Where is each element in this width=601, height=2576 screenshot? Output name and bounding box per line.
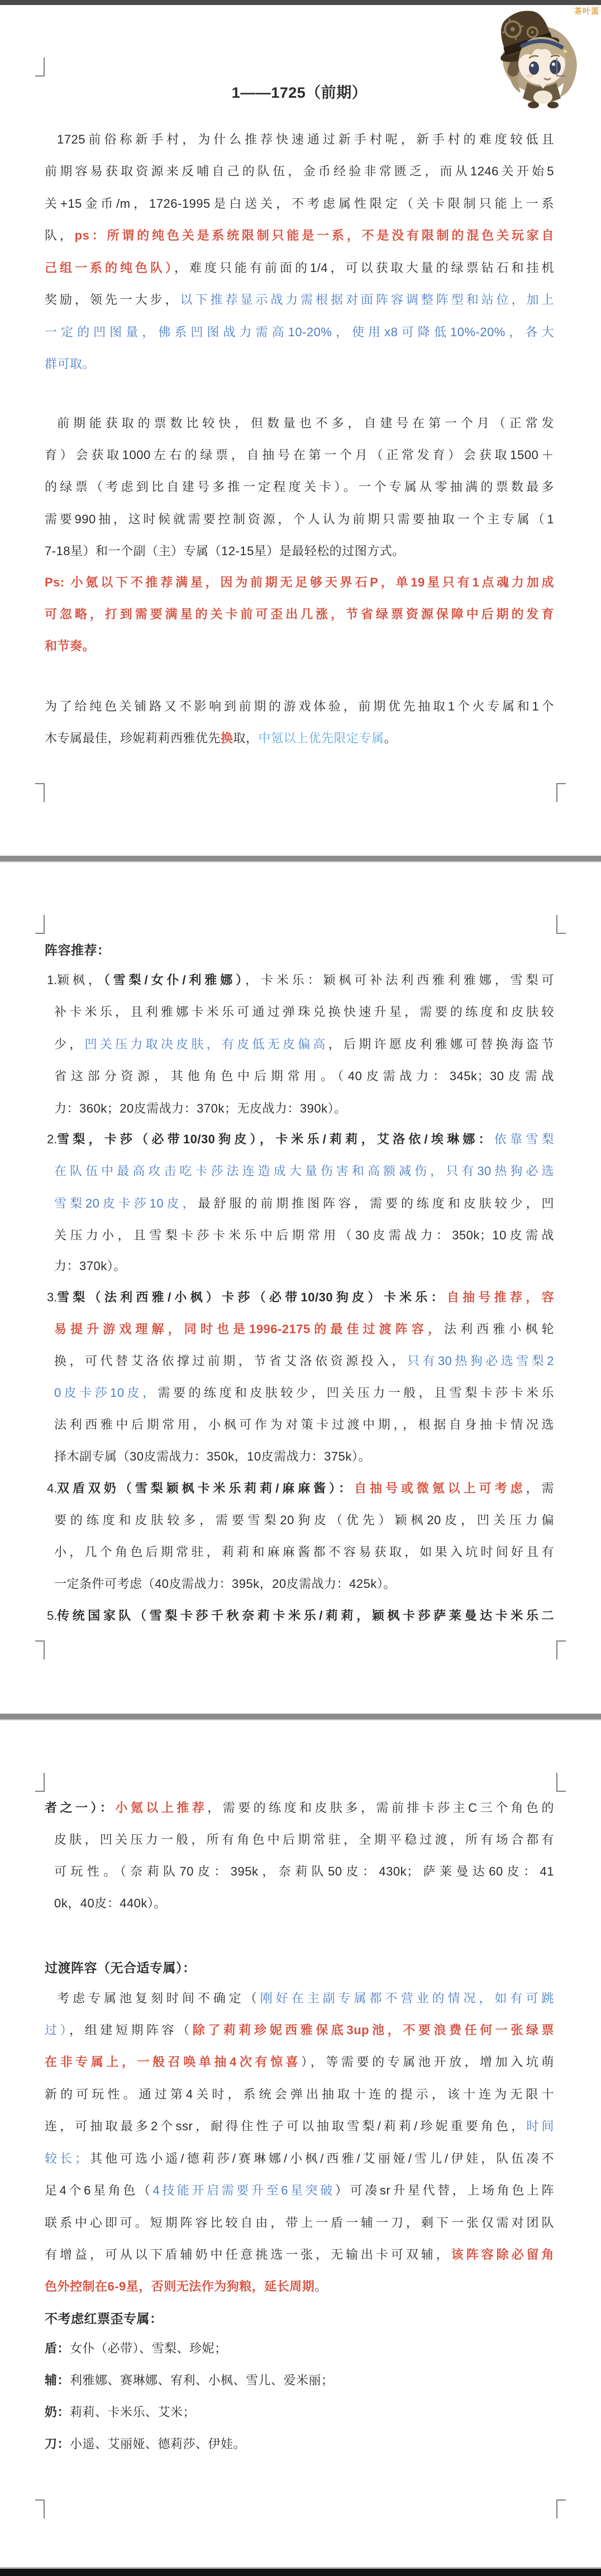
page-separator-bar [0, 0, 601, 5]
text-run: ，需 [526, 1481, 554, 1495]
text-run: 颖枫， [57, 973, 104, 987]
text-line: 传统国家队（雪梨卡莎千秋奈莉卡米乐/莉莉，颖枫卡莎萨莱曼达卡米乐二 [57, 1607, 554, 1624]
text-run: 女仆（必带）、雪梨、珍妮； [70, 2341, 227, 2355]
text-run: 刀： [45, 2437, 70, 2451]
page-corner-mark [44, 1640, 45, 1659]
text-line: 雪梨20皮卡莎10皮，最舒服的前期推图阵容，需要的练度和皮肤较少，凹 [54, 1195, 554, 1212]
text-run: 需要990抽，这时候就需要控制资源，个人认为前期只需要抽取一个主专属（1 [45, 512, 554, 526]
page-corner-mark [44, 58, 45, 77]
text-run: 力：360k；20皮需战力：370k；无皮战力：390k）。 [54, 1101, 347, 1115]
text-run: 足4个6星角色（ [45, 2183, 152, 2197]
list-number: 5. [47, 1607, 57, 1624]
text-run: 可忽略，打到需要满星的关卡前可歪出几涨，节省绿票资源保障中后期的发育 [45, 607, 554, 621]
list-number: 1. [47, 972, 57, 989]
page-corner-mark [35, 1791, 45, 1792]
text-run: 7-18星）和一个副（主）专属（12-15星）是最轻松的过图方式。 [45, 544, 405, 558]
page-corner-mark [556, 2499, 566, 2501]
text-run: ，后期许愿皮利雅娜可替换海盗节 [328, 1037, 554, 1051]
document-canvas: 茶叶蛋 1.2.3.4.5.1——1725（前期）1725前俗称新手村，为什么推… [0, 0, 601, 2576]
text-line: 为了给纯色关铺路又不影响到前期的游戏体验，前期优先抽取1个火专属和1个 [45, 698, 554, 715]
text-run: 辅： [45, 2373, 70, 2387]
text-run: 色外控制在6-9星，否则无法作为狗粮，延长周期 [45, 2279, 314, 2293]
text-run: 者之一）： [45, 1801, 115, 1815]
page-corner-mark [35, 75, 45, 77]
text-run: 不考虑红票歪专属： [45, 2311, 163, 2326]
page-corner-mark [44, 2499, 45, 2518]
text-run: ，组建短期阵容（ [69, 2023, 193, 2037]
text-run: 时间 [526, 2119, 554, 2133]
text-line: 盾：女仆（必带）、雪梨、珍妮； [45, 2340, 227, 2357]
text-line: 雪梨（法利西雅/小枫）卡莎（必带10/30狗皮）卡米乐：自抽号推荐，容 [57, 1289, 554, 1306]
text-run: ，难度只能有前面的1/4，可以获取大量的绿票钻石和挂机 [174, 261, 554, 275]
text-run: 雪梨（法利西雅/小枫）卡莎（必带10/30狗皮）卡米乐： [57, 1290, 447, 1304]
text-line: 连，可抽取最多2个ssr，耐得住性子可以抽取雪梨/莉莉/珍妮重要角色，时间 [45, 2118, 554, 2135]
text-line: 关压力小，且雪梨卡莎卡米乐中后期常用（30皮需战力：350k；10皮需战 [54, 1227, 554, 1244]
text-run: 最舒服的前期推图阵容，需要的练度和皮肤较少，凹 [198, 1196, 554, 1210]
text-run: 要的练度和皮肤较多，需要雪梨20狗皮（优先）颖枫20皮，凹关压力偏 [54, 1513, 554, 1527]
text-run: 需要的练度和皮肤较少，凹关压力一般，且雪梨卡莎卡米乐 [158, 1386, 554, 1400]
section-heading: 过渡阵容（无合适专属）： [45, 1958, 196, 1978]
text-run: 传统国家队（雪梨卡莎千秋奈莉卡米乐/莉莉，颖枫卡莎萨莱曼达卡米乐二 [57, 1609, 554, 1623]
text-run: 择木副专属（30皮需战力：350k，10皮需战力：375k）。 [54, 1449, 371, 1463]
text-line: 前期容易获取资源来反哺自己的队伍，金币经验非常匮乏，而从1246关开始5 [45, 163, 554, 180]
text-run: 刚好在主副专属都不营业的情况，如有可跳 [260, 1991, 554, 2005]
text-line: 关+15金币/m，1726-1995是白送关，不考虑属性限定（关卡限制只能上一系 [45, 195, 554, 212]
text-run: ps：所谓的纯色关是系统限制只能是一系，不是没有限制的混色关玩家自 [75, 228, 554, 242]
text-run: Ps: 小氪以下不推荐满星，因为前期无足够天界石P，单19星只有1点魂力加成 [45, 575, 554, 589]
text-run: 小遥、艾丽娅、德莉莎、伊娃。 [70, 2437, 246, 2451]
page-corner-mark [556, 1640, 566, 1642]
page-corner-mark [556, 783, 566, 784]
text-line: 者之一）：小氪以上推荐，需要的练度和皮肤多，需前排卡莎主C三个角色的 [45, 1800, 554, 1816]
text-run: 只有30热狗必选雪梨2 [407, 1354, 554, 1368]
text-run: 可玩性。（奈莉队70皮：395k，奈莉队50皮：430k；萨莱曼达60皮：41 [54, 1864, 554, 1878]
page-corner-mark [556, 915, 557, 934]
text-run: 较长； [45, 2152, 88, 2165]
text-line: 雪梨，卡莎（必带10/30狗皮），卡米乐/莉莉，艾洛依/埃琳娜：依靠雪梨 [57, 1131, 554, 1148]
text-run: 和节奏。 [45, 639, 95, 653]
text-run: 一定条件可考虑（40皮需战力：395k，20皮需战力：425k）。 [54, 1577, 396, 1591]
text-line: 色外控制在6-9星，否则无法作为狗粮，延长周期。 [45, 2278, 327, 2295]
text-run: 雪梨20皮卡莎10皮， [54, 1196, 198, 1210]
list-number: 2. [47, 1131, 57, 1148]
text-line: 小，几个角色后期常驻，莉莉和麻麻酱都不容易获取，如果入坑时间好且有 [54, 1544, 554, 1561]
text-line: 易提升游戏理解，同时也是1996-2175的最佳过渡阵容，法利西雅小枫轮 [54, 1321, 554, 1338]
text-run: 。 [384, 731, 397, 745]
page-corner-mark [556, 1791, 566, 1792]
text-line: 择木副专属（30皮需战力：350k，10皮需战力：375k）。 [54, 1448, 371, 1465]
text-run: 易提升游戏理解，同时也是1996-2175的最佳过渡阵容， [54, 1322, 444, 1336]
text-run: 法利西雅中后期常用，小枫可作为对策卡过渡中期，，根据自身抽卡情况选 [54, 1418, 554, 1432]
text-line: Ps: 小氪以下不推荐满星，因为前期无足够天界石P，单19星只有1点魂力加成 [45, 574, 554, 591]
text-run: 。 [314, 2279, 327, 2293]
text-run: 依靠雪梨 [494, 1132, 554, 1146]
page-corner-mark [44, 1773, 45, 1792]
text-line: 要的练度和皮肤较多，需要雪梨20狗皮（优先）颖枫20皮，凹关压力偏 [54, 1512, 554, 1529]
text-line: 辅：利雅娜、赛琳娜、宥利、小枫、雪儿、爱米丽； [45, 2372, 334, 2389]
text-line: 奶：莉莉、卡米乐、艾米； [45, 2404, 195, 2421]
text-run: 皮肤，凹关压力一般，所有角色中后期常驻，全期平稳过渡，所有场合都有 [54, 1833, 554, 1847]
text-line: 和节奏。 [45, 638, 95, 655]
text-line: 法利西雅中后期常用，小枫可作为对策卡过渡中期，，根据自身抽卡情况选 [54, 1416, 554, 1433]
document-title: 1——1725（前期） [45, 82, 554, 104]
text-run: 自抽号推荐，容 [447, 1290, 554, 1304]
page-separator-bar [0, 1719, 601, 1720]
text-run: 连，可抽取最多2个ssr，耐得住性子可以抽取雪梨/莉莉/珍妮重要角色， [45, 2119, 526, 2133]
text-run: 过渡阵容（无合适专属）： [45, 1960, 196, 1975]
text-run: 省这部分资源，其他角色中后期常用。（40皮需战力：345k；30皮需战 [54, 1069, 554, 1083]
text-line: 队，ps：所谓的纯色关是系统限制只能是一系，不是没有限制的混色关玩家自 [45, 227, 554, 244]
text-line: 足4个6星角色（4技能开启需要升至6星突破）可凑sr升星代替，上场角色上阵 [45, 2182, 554, 2199]
text-run: ）可凑sr升星代替，上场角色上阵 [335, 2183, 554, 2197]
text-line: 奖励，领先一大步，以下推荐显示战力需根据对面阵容调整阵型和站位，加上 [45, 292, 554, 308]
text-line: 在队伍中最高攻击吃卡莎法连造成大量伤害和高额减伤，只有30热狗必选 [54, 1163, 554, 1180]
page-corner-mark [44, 783, 45, 802]
text-run: 队， [45, 228, 75, 242]
page-corner-mark [44, 915, 45, 934]
text-line: 皮肤，凹关压力一般，所有角色中后期常驻，全期平稳过渡，所有场合都有 [54, 1831, 554, 1848]
page-separator-bar [0, 1714, 601, 1719]
list-number: 3. [47, 1289, 57, 1306]
text-run: （雪梨/女仆/利雅娜） [104, 973, 245, 987]
section-heading: 阵容推荐： [45, 941, 111, 960]
text-line: 新的可玩性。通过第4关时，系统会弹出抽取十连的提示，该十连为无限十 [45, 2086, 554, 2103]
text-run: 利雅娜、赛琳娜、宥利、小枫、雪儿、爱米丽； [70, 2373, 334, 2387]
text-run: 新的可玩性。通过第4关时，系统会弹出抽取十连的提示，该十连为无限十 [45, 2087, 554, 2101]
text-run: 中氪以上优先限定专属 [259, 731, 384, 745]
text-run: 雪梨，卡莎（必带10/30狗皮），卡米乐/莉莉，艾洛依/埃琳娜： [57, 1132, 494, 1146]
text-run: 关压力小，且雪梨卡莎卡米乐中后期常用（30皮需战力：350k；10皮需战 [54, 1228, 554, 1242]
section-heading: 不考虑红票歪专属： [45, 2309, 163, 2329]
text-line: 群可取。 [45, 356, 95, 373]
text-run: 取， [233, 731, 259, 745]
text-run: 的绿票（考虑到比自建号多推一定程度关卡）。一个专属从零抽满的票数最多 [45, 480, 554, 494]
text-run: 1——1725（前期） [232, 84, 368, 101]
page-corner-mark [556, 933, 566, 934]
text-line: 可玩性。（奈莉队70皮：395k，奈莉队50皮：430k；萨莱曼达60皮：41 [54, 1863, 554, 1880]
text-line: 刀：小遥、艾丽娅、德莉莎、伊娃。 [45, 2436, 246, 2453]
text-run: 一定的凹图量，佛系凹图战力需高10-20%，使用x8可降低10%-20%，各大 [45, 325, 554, 339]
text-line: 颖枫，（雪梨/女仆/利雅娜），卡米乐：颖枫可补法利西雅利雅娜，雪梨可 [57, 972, 554, 989]
page-corner-mark [556, 75, 566, 77]
text-run: 除了莉莉珍妮西雅保底3up池，不要浪费任何一张绿票 [193, 2023, 554, 2037]
text-run: ，卡米乐：颖枫可补法利西雅利雅娜，雪梨可 [245, 973, 554, 987]
text-run: ，需要的练度和皮肤多，需前排卡莎主C三个角色的 [207, 1801, 554, 1815]
watermark-text: 茶叶蛋 [574, 6, 599, 17]
text-run: 奖励，领先一大步， [45, 293, 180, 307]
text-run: 盾： [45, 2341, 70, 2355]
text-run: 为了给纯色关铺路又不影响到前期的游戏体验，前期优先抽取1个火专属和1个 [45, 699, 554, 713]
text-run: 阵容推荐： [45, 943, 111, 957]
text-line: 补卡米乐，且利雅娜卡米乐可通过弹珠兑换快速升星，需要的练度和皮肤较 [54, 1004, 554, 1020]
page-separator-bar [0, 2569, 601, 2576]
text-line: 需要990抽，这时候就需要控制资源，个人认为前期只需要抽取一个主专属（1 [45, 511, 554, 528]
text-run: 考虑专属池复刻时间不确定（ [57, 1991, 260, 2005]
text-run: 育）会获取1000左右的绿票，自抽号在第一个月（正常发育）会获取1500＋ [45, 448, 554, 462]
text-run: 奶： [45, 2405, 70, 2419]
text-run: 换，可代替艾洛依撑过前期，节省艾洛依资源投入， [54, 1354, 407, 1368]
text-line: 0k，40皮：440k）。 [54, 1895, 166, 1912]
text-line: 0皮卡莎10皮，需要的练度和皮肤较少，凹关压力一般，且雪梨卡莎卡米乐 [54, 1385, 554, 1401]
text-line: 过），组建短期阵容（除了莉莉珍妮西雅保底3up池，不要浪费任何一张绿票 [45, 2022, 554, 2039]
page-corner-mark [556, 2499, 557, 2518]
text-run: 法利西雅小枫轮 [444, 1322, 554, 1336]
text-run: 莉莉、卡米乐、艾米； [70, 2405, 195, 2419]
page-corner-mark [556, 1773, 557, 1792]
text-run: 联系中心即可。短期阵容比较自由，带上一盾一辅一刀，剩下一张仅需对团队 [45, 2216, 554, 2230]
text-line: 可忽略，打到需要满星的关卡前可歪出几涨，节省绿票资源保障中后期的发育 [45, 606, 554, 623]
text-line: 在非专属上，一般召唤单抽4次有惊喜），等需要的专属池开放，增加入坑萌 [45, 2054, 554, 2071]
text-run: 该阵容除必留角 [451, 2248, 554, 2262]
text-run: 以下推荐显示战力需根据对面阵容调整阵型和站位，加上 [180, 293, 554, 307]
text-line: 较长；其他可选小遥/德莉莎/赛琳娜/小枫/西雅/艾丽娅/雪儿/伊娃，队伍凑不 [45, 2150, 554, 2167]
text-run: ），等需要的专属池开放，增加入坑萌 [301, 2055, 554, 2069]
text-run: 凹关压力取决皮肤，有皮低无皮偏高 [85, 1037, 328, 1051]
text-run: 双盾双奶（雪梨颖枫卡米乐莉莉/麻麻酱）： [57, 1481, 354, 1495]
text-run: 力：370k）。 [54, 1259, 126, 1273]
text-line: 的绿票（考虑到比自建号多推一定程度关卡）。一个专属从零抽满的票数最多 [45, 479, 554, 495]
text-run: 0k，40皮：440k）。 [54, 1896, 166, 1910]
text-run: 木专属最佳，珍妮莉莉西雅优先 [45, 731, 221, 745]
page-separator-bar [0, 856, 601, 861]
text-run: 在队伍中最高攻击吃卡莎法连造成大量伤害和高额减伤，只有30热狗必选 [54, 1164, 554, 1178]
text-run: 少， [54, 1037, 85, 1051]
text-run: 补卡米乐，且利雅娜卡米乐可通过弹珠兑换快速升星，需要的练度和皮肤较 [54, 1005, 554, 1019]
text-run: 小，几个角色后期常驻，莉莉和麻麻酱都不容易获取，如果入坑时间好且有 [54, 1545, 554, 1559]
text-run: 群可取。 [45, 357, 95, 371]
text-line: 力：360k；20皮需战力：370k；无皮战力：390k）。 [54, 1100, 347, 1117]
text-line: 1725前俗称新手村，为什么推荐快速通过新手村呢，新手村的难度较低且 [57, 131, 554, 148]
text-run: 己组一系的纯色队） [45, 261, 174, 275]
page-corner-mark [556, 58, 557, 77]
text-line: 力：370k）。 [54, 1258, 126, 1275]
text-run: 自抽号或微氪以上可考虑 [354, 1481, 526, 1495]
text-run: 在非专属上，一般召唤单抽4次有惊喜 [45, 2055, 301, 2069]
text-line: 换，可代替艾洛依撑过前期，节省艾洛依资源投入，只有30热狗必选雪梨2 [54, 1353, 554, 1370]
text-run: 关+15金币/m，1726-1995是白送关，不考虑属性限定（关卡限制只能上一系 [45, 197, 554, 211]
text-run: 小氪以上推荐 [115, 1801, 207, 1815]
text-line: 有增益，可从以下盾辅奶中任意挑选一张，无输出卡可双辅，该阵容除必留角 [45, 2246, 554, 2263]
text-line: 一定的凹图量，佛系凹图战力需高10-20%，使用x8可降低10%-20%，各大 [45, 324, 554, 341]
text-line: 7-18星）和一个副（主）专属（12-15星）是最轻松的过图方式。 [45, 543, 405, 560]
text-run: 0皮卡莎10皮， [54, 1386, 158, 1400]
text-run: 1725前俗称新手村，为什么推荐快速通过新手村呢，新手村的难度较低且 [57, 132, 554, 146]
page-separator-bar [0, 861, 601, 862]
text-run: 有增益，可从以下盾辅奶中任意挑选一张，无输出卡可双辅， [45, 2248, 451, 2262]
text-line: 育）会获取1000左右的绿票，自抽号在第一个月（正常发育）会获取1500＋ [45, 447, 554, 464]
text-line: 己组一系的纯色队），难度只能有前面的1/4，可以获取大量的绿票钻石和挂机 [45, 260, 554, 276]
page-corner-mark [556, 783, 557, 802]
list-number: 4. [47, 1480, 57, 1497]
text-run: 前期能获取的票数比较快，但数量也不多，自建号在第一个月（正常发 [57, 416, 554, 430]
text-line: 前期能获取的票数比较快，但数量也不多，自建号在第一个月（正常发 [57, 415, 554, 432]
text-line: 双盾双奶（雪梨颖枫卡米乐莉莉/麻麻酱）：自抽号或微氪以上可考虑，需 [57, 1480, 554, 1497]
text-run: 其他可选小遥/德莉莎/赛琳娜/小枫/西雅/艾丽娅/雪儿/伊娃，队伍凑不 [88, 2152, 554, 2165]
text-run: 换 [221, 731, 233, 745]
text-run: 4技能开启需要升至6星突破 [152, 2183, 335, 2197]
text-run: 过） [45, 2023, 69, 2037]
text-line: 省这部分资源，其他角色中后期常用。（40皮需战力：345k；30皮需战 [54, 1068, 554, 1085]
text-line: 联系中心即可。短期阵容比较自由，带上一盾一辅一刀，剩下一张仅需对团队 [45, 2215, 554, 2231]
text-line: 少，凹关压力取决皮肤，有皮低无皮偏高，后期许愿皮利雅娜可替换海盗节 [54, 1036, 554, 1053]
page-corner-mark [35, 933, 45, 934]
text-run: 前期容易获取资源来反哺自己的队伍，金币经验非常匮乏，而从1246关开始5 [45, 164, 554, 178]
page-corner-mark [556, 1640, 557, 1659]
text-line: 木专属最佳，珍妮莉莉西雅优先换取，中氪以上优先限定专属。 [45, 730, 397, 747]
text-line: 一定条件可考虑（40皮需战力：395k，20皮需战力：425k）。 [54, 1576, 396, 1592]
text-line: 考虑专属池复刻时间不确定（刚好在主副专属都不营业的情况，如有可跳 [57, 1990, 554, 2007]
